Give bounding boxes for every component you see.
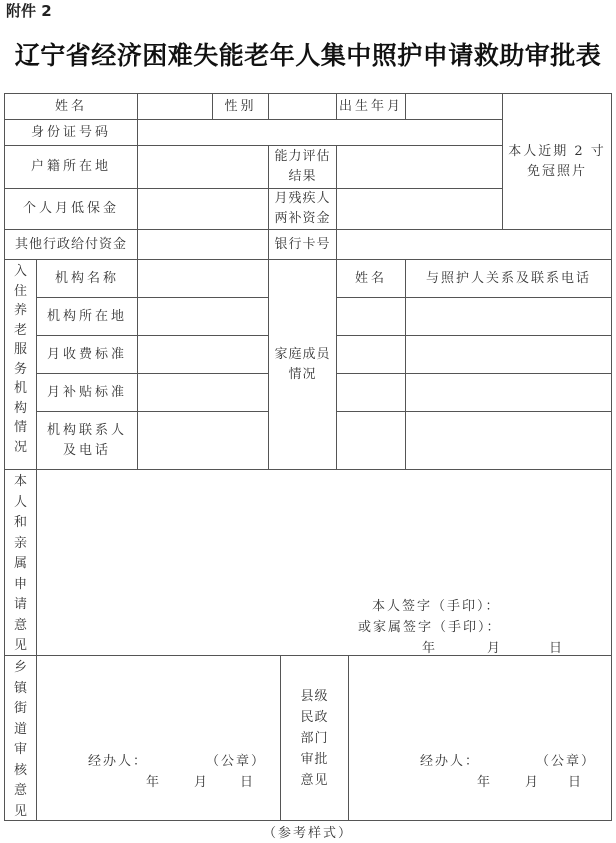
ability-label-line2: 结果 (288, 167, 316, 187)
label-char: 情 (14, 418, 27, 438)
county-section-label: 县级 民政 部门 审批 意见 (280, 655, 349, 821)
family-member-relation-4[interactable] (405, 411, 612, 470)
township-seal-label: （公章） (206, 750, 266, 769)
label-char: 亲 (14, 534, 27, 555)
name-field[interactable] (137, 93, 213, 120)
county-opinion-area[interactable] (348, 655, 612, 821)
county-label-line: 审批 (300, 749, 328, 770)
label-char: 镇 (14, 679, 27, 700)
ability-label-line1: 能力评估 (274, 147, 330, 167)
bank-field[interactable] (336, 229, 612, 260)
county-label-line: 意见 (300, 770, 328, 791)
township-date-day: 日 (240, 771, 255, 790)
institution-location-field[interactable] (137, 297, 269, 336)
gender-field[interactable] (268, 93, 337, 120)
dibao-label: 个人月低保金 (4, 188, 138, 230)
label-char: 入 (14, 262, 27, 282)
family-member-relation-1[interactable] (405, 297, 612, 336)
application-opinion-area[interactable] (36, 469, 612, 656)
disability-label: 月残疾人 两补资金 (268, 188, 337, 230)
family-col-relation: 与照护人关系及联系电话 (405, 259, 612, 298)
county-label-line: 部门 (300, 728, 328, 749)
monthly-subsidy-label: 月补贴标准 (36, 373, 138, 412)
label-char: 况 (14, 438, 27, 458)
label-char: 意 (14, 616, 27, 637)
township-date-year: 年 (146, 771, 161, 790)
application-date-day: 日 (549, 637, 564, 656)
label-char: 街 (14, 699, 27, 720)
label-char: 老 (14, 321, 27, 341)
label-char: 机 (14, 379, 27, 399)
label-char: 构 (14, 399, 27, 419)
application-date-year: 年 (422, 637, 437, 656)
family-member-name-2[interactable] (336, 335, 406, 374)
reference-sample-note: （参考样式） (0, 822, 616, 841)
self-signature-label: 本人签字（手印）： (372, 595, 501, 614)
id-label: 身份证号码 (4, 119, 138, 146)
family-member-relation-3[interactable] (405, 373, 612, 412)
disability-label-line2: 两补资金 (274, 209, 330, 229)
family-member-name-4[interactable] (336, 411, 406, 470)
ability-field[interactable] (336, 145, 503, 189)
photo-box[interactable]: 本人近期 2 寸 免冠照片 (502, 93, 612, 230)
county-label-line: 民政 (300, 707, 328, 728)
photo-label-line2: 免冠照片 (527, 162, 587, 182)
label-char: 人 (14, 493, 27, 514)
family-label-line1: 家庭成员 (274, 345, 330, 365)
county-date-month: 月 (525, 771, 540, 790)
institution-location-label: 机构所在地 (36, 297, 138, 336)
family-member-relation-2[interactable] (405, 335, 612, 374)
name-label: 姓名 (4, 93, 138, 120)
application-section-label: 本 人 和 亲 属 申 请 意 见 (4, 469, 37, 656)
monthly-fee-field[interactable] (137, 335, 269, 374)
birth-label: 出生年月 (336, 93, 406, 120)
dibao-field[interactable] (137, 188, 269, 230)
application-date-month: 月 (487, 637, 502, 656)
label-char: 意 (14, 781, 27, 802)
family-col-name: 姓名 (336, 259, 406, 298)
county-date-day: 日 (568, 771, 583, 790)
label-char: 审 (14, 740, 27, 761)
label-char: 核 (14, 761, 27, 782)
gender-label: 性别 (212, 93, 269, 120)
county-seal-label: （公章） (536, 750, 596, 769)
label-char: 见 (14, 636, 27, 657)
family-member-name-1[interactable] (336, 297, 406, 336)
township-section-label: 乡 镇 街 道 审 核 意 见 (4, 655, 37, 821)
institution-name-label: 机构名称 (36, 259, 138, 298)
label-char: 服 (14, 340, 27, 360)
township-date-month: 月 (194, 771, 209, 790)
photo-label-line1: 本人近期 2 寸 (508, 142, 606, 162)
label-char: 本 (14, 472, 27, 493)
hukou-label: 户籍所在地 (4, 145, 138, 189)
family-member-name-3[interactable] (336, 373, 406, 412)
institution-name-field[interactable] (137, 259, 269, 298)
county-handler-label: 经办人： (420, 750, 480, 769)
birth-field[interactable] (405, 93, 503, 120)
monthly-subsidy-field[interactable] (137, 373, 269, 412)
label-char: 和 (14, 513, 27, 534)
family-signature-label: 或家属签字（手印）： (358, 616, 502, 635)
institution-section-label: 入 住 养 老 服 务 机 构 情 况 (4, 259, 37, 470)
disability-field[interactable] (336, 188, 503, 230)
label-char: 住 (14, 282, 27, 302)
label-char: 乡 (14, 658, 27, 679)
id-field[interactable] (137, 119, 503, 146)
township-handler-label: 经办人： (88, 750, 148, 769)
label-char: 见 (14, 802, 27, 823)
county-label-line: 县级 (300, 686, 328, 707)
institution-contact-label: 机构联系人 及电话 (36, 411, 138, 470)
township-opinion-area[interactable] (36, 655, 281, 821)
label-char: 属 (14, 554, 27, 575)
contact-label-line2: 及电话 (63, 441, 111, 461)
contact-label-line1: 机构联系人 (47, 421, 127, 441)
bank-label: 银行卡号 (268, 229, 337, 260)
monthly-fee-label: 月收费标准 (36, 335, 138, 374)
county-date-year: 年 (477, 771, 492, 790)
label-char: 申 (14, 575, 27, 596)
label-char: 务 (14, 360, 27, 380)
disability-label-line1: 月残疾人 (274, 189, 330, 209)
ability-label: 能力评估 结果 (268, 145, 337, 189)
other-funds-field[interactable] (137, 229, 269, 260)
hukou-field[interactable] (137, 145, 269, 189)
label-char: 请 (14, 595, 27, 616)
family-section-label: 家庭成员 情况 (268, 259, 337, 470)
label-char: 养 (14, 301, 27, 321)
attachment-label: 附件 2 (6, 0, 52, 21)
other-funds-label: 其他行政给付资金 (4, 229, 138, 260)
institution-contact-field[interactable] (137, 411, 269, 470)
label-char: 道 (14, 720, 27, 741)
family-label-line2: 情况 (288, 365, 316, 385)
form-title: 辽宁省经济困难失能老年人集中照护申请救助审批表 (0, 36, 616, 72)
